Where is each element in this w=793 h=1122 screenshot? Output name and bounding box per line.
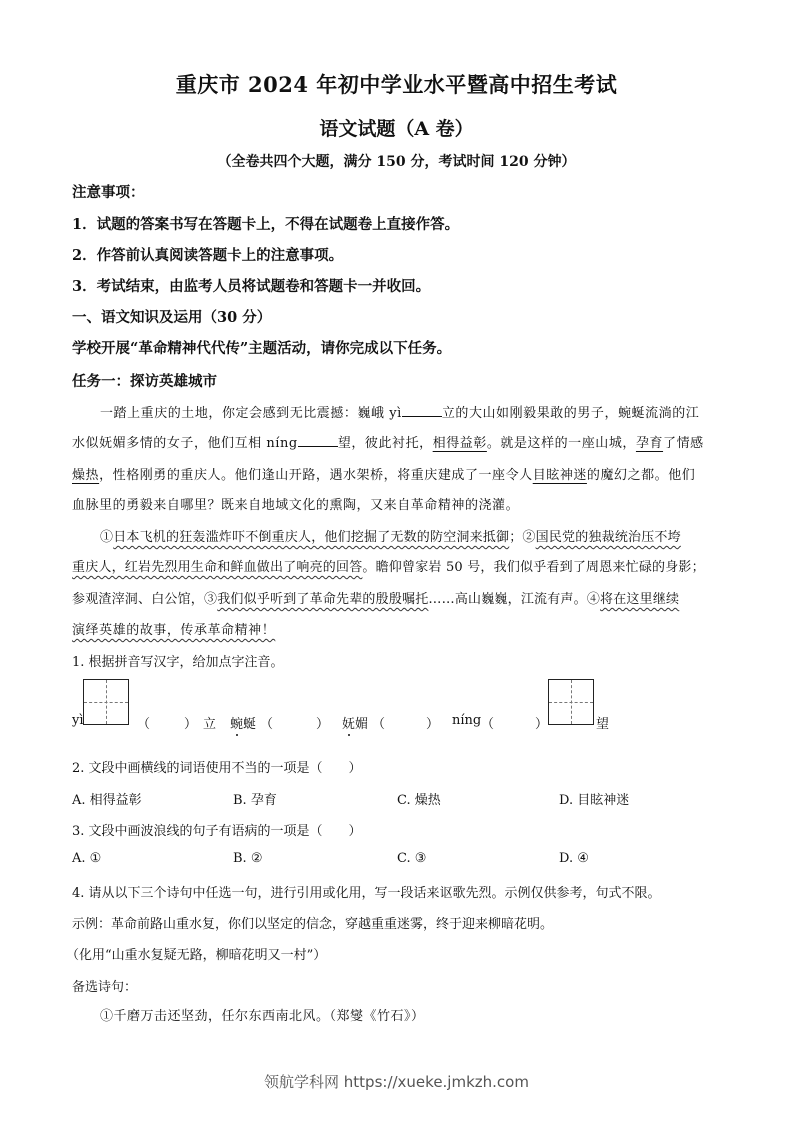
paren-close: ） — [184, 713, 197, 732]
question-4-prompt: 4. 请从以下三个诗句中任选一句，进行引用或化用，写一段话来讴歌先烈。示例仅供参… — [72, 882, 661, 901]
text-segment: 蜒 — [243, 717, 256, 732]
q2-option-a[interactable]: A. 相得益彰 — [72, 789, 142, 808]
char-wang: 望 — [596, 713, 609, 732]
text-segment: ……高山巍巍，江流有声。 — [428, 592, 586, 607]
text-segment: 。瞻仰曾家岩 50 号，我们似乎看到了周恩来忙碌的身影； — [362, 560, 704, 575]
text-segment: 水似妩媚多情的女子，他们互相 níng — [72, 436, 298, 451]
text-segment: 。就是这样的一座山城， — [487, 436, 636, 451]
passage-p2-line3: 参观渣滓洞、白公馆，③我们似乎听到了革命先辈的殷殷嘱托……高山巍巍，江流有声。④… — [72, 588, 679, 607]
q3-option-d[interactable]: D. ④ — [559, 851, 589, 866]
answer-slot-yi[interactable] — [150, 712, 178, 728]
text-segment: ； — [509, 530, 522, 545]
paren-open: （ — [260, 713, 273, 732]
q3-option-c[interactable]: C. ③ — [397, 851, 426, 866]
passage-p1-line3: 燥热，性格刚勇的重庆人。他们逢山开路，遇水架桥，将重庆建成了一座令人目眩神迷的魔… — [72, 464, 695, 483]
wavy-sentence-3: 我们似乎听到了革命先辈的殷殷嘱托 — [217, 592, 428, 607]
answer-slot-wu[interactable] — [386, 712, 416, 728]
q3-option-a[interactable]: A. ① — [72, 851, 101, 866]
exam-subtitle: 语文试题（A 卷） — [0, 114, 793, 141]
task-heading: 任务一：探访英雄城市 — [72, 370, 217, 391]
word-wanyan: 蜿蜒 — [230, 713, 256, 732]
marker-2: ② — [522, 530, 535, 545]
marker-4: ④ — [587, 592, 600, 607]
text-segment: 望，彼此衬托， — [338, 436, 433, 451]
notice-item-3: 3．考试结束，由监考人员将试题卷和答题卡一并收回。 — [72, 275, 430, 296]
passage-p2-line1: ①日本飞机的狂轰滥炸吓不倒重庆人，他们挖掘了无数的防空洞来抵御；②国民党的独裁统… — [100, 526, 681, 545]
tianzige-box-yi[interactable] — [83, 679, 129, 725]
text-segment: 立的大山如刚毅果敢的男子，蜿蜒流淌的江 — [442, 406, 699, 421]
marker-1: ① — [100, 530, 113, 545]
q2-option-d[interactable]: D. 目眩神迷 — [559, 789, 629, 808]
underlined-word-muxuanshenmi: 目眩神迷 — [533, 468, 587, 483]
text-segment: 了情感 — [663, 436, 704, 451]
section-intro: 学校开展“革命精神代代传”主题活动，请你完成以下任务。 — [72, 337, 451, 358]
question-3-prompt: 3. 文段中画波浪线的句子有语病的一项是（ ） — [72, 820, 362, 839]
paren-open: （ — [481, 713, 494, 732]
candidates-heading: 备选诗句： — [72, 976, 137, 995]
wavy-sentence-4b: 演绎英雄的故事，传承革命精神！ — [72, 623, 275, 638]
answer-slot-ning[interactable] — [495, 712, 525, 728]
q3-option-b[interactable]: B. ② — [233, 851, 262, 866]
word-wumei: 妩媚 — [342, 713, 368, 732]
tianzige-box-ning[interactable] — [548, 679, 594, 725]
paren-open: （ — [137, 713, 150, 732]
pinyin-yi: yì — [72, 713, 84, 728]
marker-3: ③ — [204, 592, 217, 607]
question-4-example: 示例：革命前路山重水复，你们以坚定的信念，穿越重重迷雾，终于迎来柳暗花明。 — [72, 913, 553, 932]
wavy-sentence-2a: 国民党的独裁统治压不垮 — [536, 530, 681, 545]
text-segment: 的魔幻之都。他们 — [587, 468, 695, 483]
wavy-sentence-1: 日本飞机的狂轰滥炸吓不倒重庆人，他们挖掘了无数的防空洞来抵御 — [113, 530, 509, 545]
question-4-example-note: （化用“山重水复疑无路，柳暗花明又一村”） — [66, 944, 326, 963]
paren-open: （ — [372, 713, 385, 732]
dotted-char-wan: 蜿 — [230, 717, 243, 732]
notice-item-1: 1．试题的答案书写在答题卡上，不得在试题卷上直接作答。 — [72, 213, 459, 234]
pinyin-ning: níng — [452, 713, 481, 728]
question-2-prompt: 2. 文段中画横线的词语使用不当的一项是（ ） — [72, 757, 362, 776]
wavy-sentence-4a: 将在这里继续 — [600, 592, 679, 607]
text-segment: 一踏上重庆的土地，你定会感到无比震撼：巍峨 yì — [100, 406, 402, 421]
text-segment: ，性格刚勇的重庆人。他们逢山开路，遇水架桥，将重庆建成了一座令人 — [99, 468, 533, 483]
passage-p2-line2: 重庆人，红岩先烈用生命和鲜血做出了响亮的回答。瞻仰曾家岩 50 号，我们似乎看到… — [72, 556, 705, 575]
wavy-sentence-2b: 重庆人，红岩先烈用生命和鲜血做出了响亮的回答 — [72, 560, 362, 575]
passage-p2-line4: 演绎英雄的故事，传承革命精神！ — [72, 619, 275, 638]
passage-p1-line2: 水似妩媚多情的女子，他们互相 níng望，彼此衬托，相得益彰。就是这样的一座山城… — [72, 432, 704, 451]
q2-option-c[interactable]: C. 燥热 — [397, 789, 441, 808]
answer-slot-wan[interactable] — [274, 712, 304, 728]
paren-close: ） — [535, 713, 548, 732]
fill-blank-yi[interactable] — [402, 404, 442, 417]
exam-info: （全卷共四个大题，满分 150 分，考试时间 120 分钟） — [0, 151, 793, 171]
exam-title: 重庆市 2024 年初中学业水平暨高中招生考试 — [0, 69, 793, 99]
question-1-prompt: 1. 根据拼音写汉字，给加点字注音。 — [72, 651, 284, 670]
underlined-word-yunyu: 孕育 — [636, 436, 663, 451]
section-heading: 一、语文知识及运用（30 分） — [72, 306, 271, 327]
paren-close: ） — [426, 713, 439, 732]
q2-option-b[interactable]: B. 孕育 — [233, 789, 277, 808]
dotted-char-wu: 妩 — [342, 717, 355, 732]
exam-page: 重庆市 2024 年初中学业水平暨高中招生考试 语文试题（A 卷） （全卷共四个… — [0, 0, 793, 1122]
char-li: 立 — [203, 713, 216, 732]
footer-watermark: 领航学科网 https://xueke.jmkzh.com — [0, 1071, 793, 1092]
fill-blank-ning[interactable] — [298, 434, 338, 447]
notice-heading: 注意事项： — [72, 181, 145, 202]
candidate-poem-1: ①千磨万击还坚劲，任尔东西南北风。（郑燮《竹石》） — [100, 1005, 425, 1024]
text-segment: 参观渣滓洞、白公馆， — [72, 592, 204, 607]
text-segment: 媚 — [355, 717, 368, 732]
underlined-word-xiangdeyizhang: 相得益彰 — [433, 436, 487, 451]
passage-p1-line4: 血脉里的勇毅来自哪里？既来自地域文化的熏陶，又来自革命精神的浇灌。 — [72, 494, 519, 513]
paren-close: ） — [316, 713, 329, 732]
passage-p1-line1: 一踏上重庆的土地，你定会感到无比震撼：巍峨 yì立的大山如刚毅果敢的男子，蜿蜒流… — [100, 402, 699, 421]
notice-item-2: 2．作答前认真阅读答题卡上的注意事项。 — [72, 244, 343, 265]
underlined-word-zaore: 燥热 — [72, 468, 99, 483]
